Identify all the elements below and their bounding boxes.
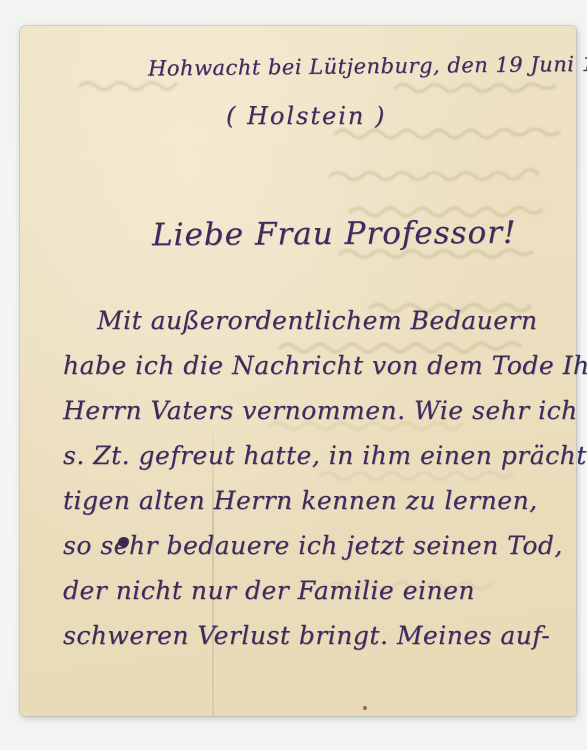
letter-body-line: tigen alten Herrn kennen zu lernen, [63,478,587,523]
letter-dateline: Hohwacht bei Lütjenburg, den 19 Juni 191… [148,51,587,80]
ink-blot [118,537,129,547]
letter-body-line: habe ich die Nachricht von dem Tode Ihre… [63,343,587,388]
ink-dot [363,706,367,710]
letter-body: Mit außerordentlichem Bedauern habe ich … [63,298,587,658]
letter-paper: Hohwacht bei Lütjenburg, den 19 Juni 191… [20,26,576,716]
letter-body-line: schweren Verlust bringt. Meines auf- [63,613,587,658]
letter-salutation: Liebe Frau Professor! [152,215,517,254]
letter-body-line: der nicht nur der Familie einen [63,568,587,613]
letter-body-line: Herrn Vaters vernommen. Wie sehr ich mic… [63,388,587,433]
letter-body-line: s. Zt. gefreut hatte, in ihm einen präch… [63,433,587,478]
scanned-letter-page: Hohwacht bei Lütjenburg, den 19 Juni 191… [0,0,587,750]
letter-body-line: so sehr bedauere ich jetzt seinen Tod, [63,523,587,568]
letter-region-line: ( Holstein ) [226,102,386,130]
letter-body-line: Mit außerordentlichem Bedauern [63,298,587,343]
